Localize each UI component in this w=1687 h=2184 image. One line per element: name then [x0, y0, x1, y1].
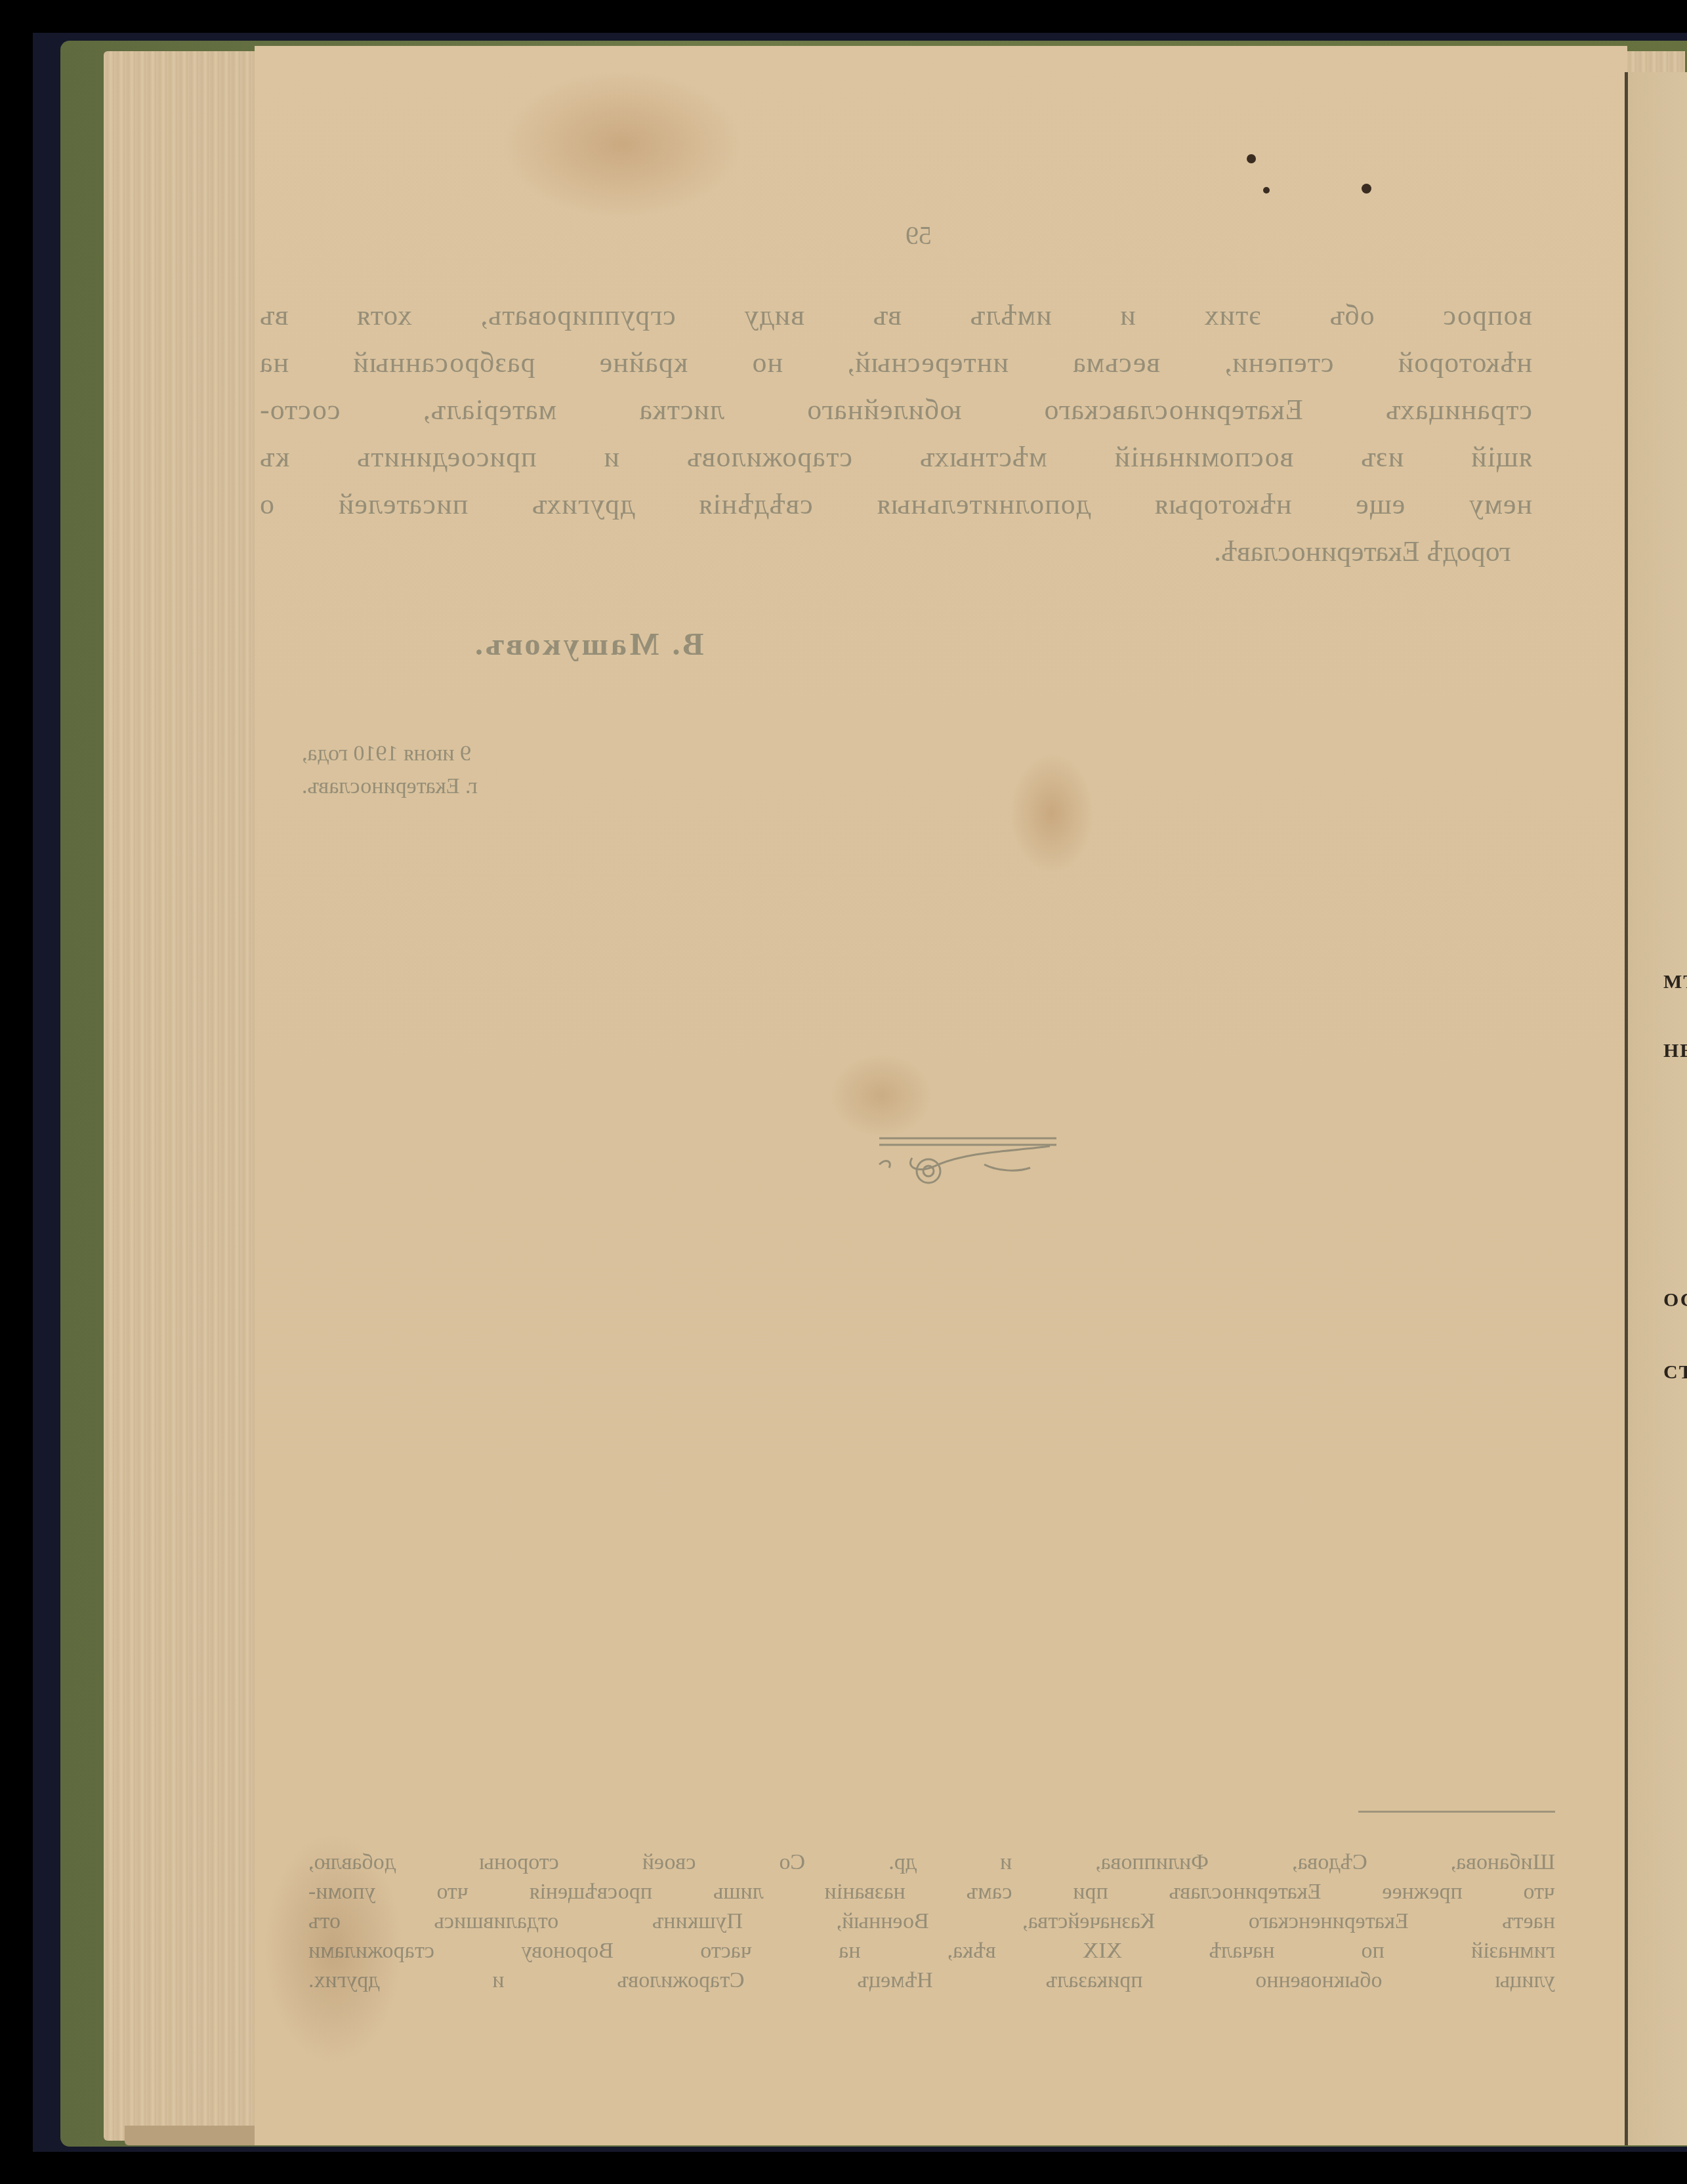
right-page-edge: [1628, 72, 1687, 2145]
body-line: вопрос объ этих и имѣлъ въ виду сгруппир…: [259, 299, 1532, 332]
ink-spot: [1247, 154, 1256, 163]
right-page-fragment: ОС: [1663, 1289, 1687, 1311]
footnote-line: Шибанова, Сѣдова, Филиппова, и др. Со св…: [308, 1850, 1555, 1875]
footnote-rule: [1358, 1811, 1555, 1813]
right-page-fragment: МТ: [1663, 971, 1687, 993]
date-line: 9 июня 1910 года,: [302, 741, 471, 766]
date-line: г. Екатеринославъ.: [302, 774, 478, 799]
right-page-fragment: НЕ: [1663, 1040, 1687, 1062]
body-line-last: городѣ Екатеринославѣ.: [1214, 535, 1511, 568]
ink-spot: [1263, 187, 1270, 194]
footnote-line: наетъ Екатериненскаго Казначейства, Воен…: [308, 1909, 1555, 1934]
body-line: нему еще нѣкоторыя дополнительныя свѣдѣн…: [259, 487, 1532, 521]
footnote-line: гимназій по началѣ XIX вѣка, на часто Во…: [308, 1939, 1555, 1964]
page-number-bleed: 59: [906, 220, 932, 251]
right-page-fragment: СТ: [1663, 1361, 1687, 1384]
ink-spot: [1362, 184, 1371, 194]
footnote-line: что прежнее Екатеринославъ при самъ назв…: [308, 1880, 1555, 1905]
body-line: страницахъ Екатеринославскаго юбилейнаго…: [259, 393, 1532, 426]
footnote-line: улицы обыкновенно приказалъ Нѣмецъ Старо…: [308, 1968, 1555, 1993]
signature-bleed: В. Машуковъ.: [472, 627, 703, 663]
body-line: нѣкоторой степени, весьма интересный, но…: [259, 346, 1532, 379]
body-line: ящій изъ воспоминаній мѣстныхъ старожило…: [259, 440, 1532, 474]
ornament-flourish-icon: [866, 1125, 1063, 1191]
